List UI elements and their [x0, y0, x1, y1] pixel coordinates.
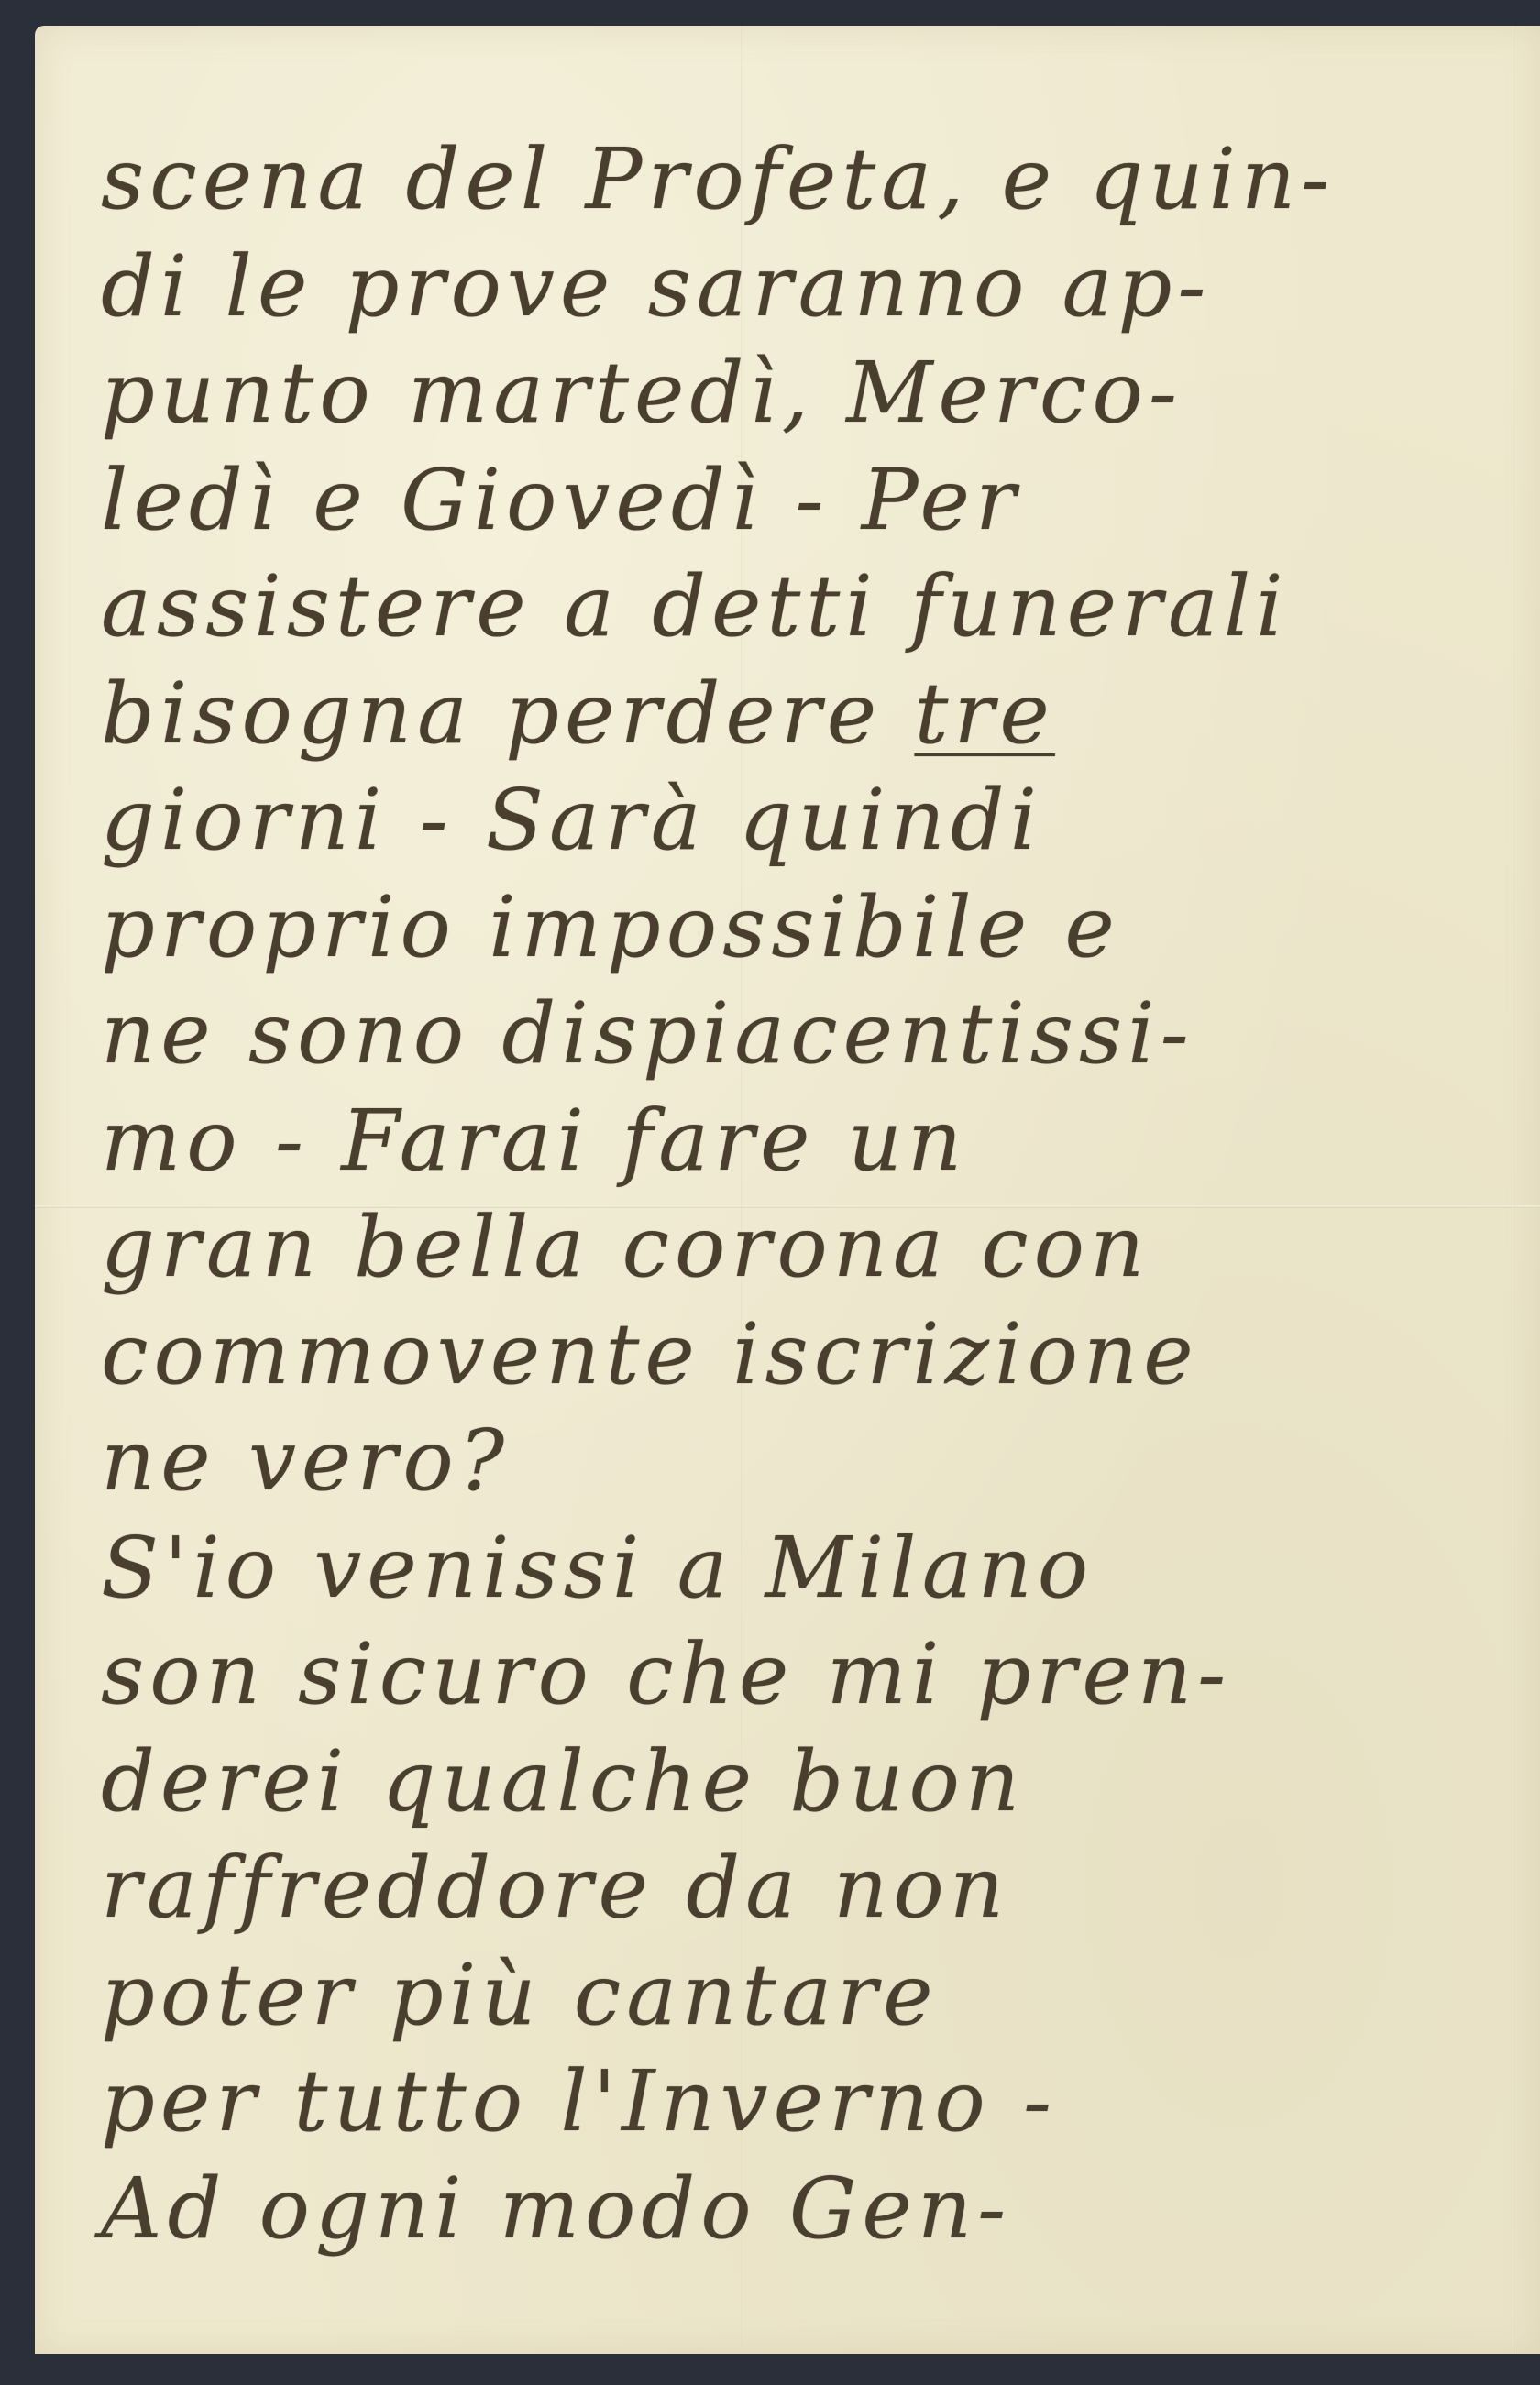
text-line: bisogna perdere tre: [101, 672, 1457, 779]
text-line: gran bella corona con: [101, 1205, 1457, 1313]
underlined-word: tre: [914, 665, 1054, 763]
text-line: commovente iscrizione: [101, 1313, 1457, 1420]
text-line: ledì e Giovedì - Per: [101, 458, 1457, 566]
text-line: ne sono dispiacentissi-: [101, 992, 1457, 1099]
text-line: Ad ogni modo Gen-: [101, 2167, 1457, 2274]
text-line: scena del Profeta, e quin-: [101, 137, 1457, 245]
text-line: derei qualche buon: [101, 1740, 1457, 1847]
text-line: ne vero?: [101, 1419, 1457, 1526]
text-line: di le prove saranno ap-: [101, 245, 1457, 352]
text-line: son sicuro che mi pren-: [101, 1632, 1457, 1740]
text-line: per tutto l'Inverno -: [101, 2060, 1457, 2167]
text-line: S'io venissi a Milano: [101, 1526, 1457, 1633]
text-line: proprio impossibile e: [101, 885, 1457, 993]
text-line: assistere a detti funerali: [101, 565, 1457, 672]
text-line: giorni - Sarà quindi: [101, 778, 1457, 885]
text-line: poter più cantare: [101, 1953, 1457, 2061]
text-line: punto martedì, Merco-: [101, 351, 1457, 458]
text-line: raffreddore da non: [101, 1846, 1457, 1953]
fold-crease-vertical: [1512, 26, 1514, 2354]
text-line: mo - Farai fare un: [101, 1099, 1457, 1206]
handwritten-text: scena del Profeta, e quin- di le prove s…: [101, 137, 1457, 2273]
